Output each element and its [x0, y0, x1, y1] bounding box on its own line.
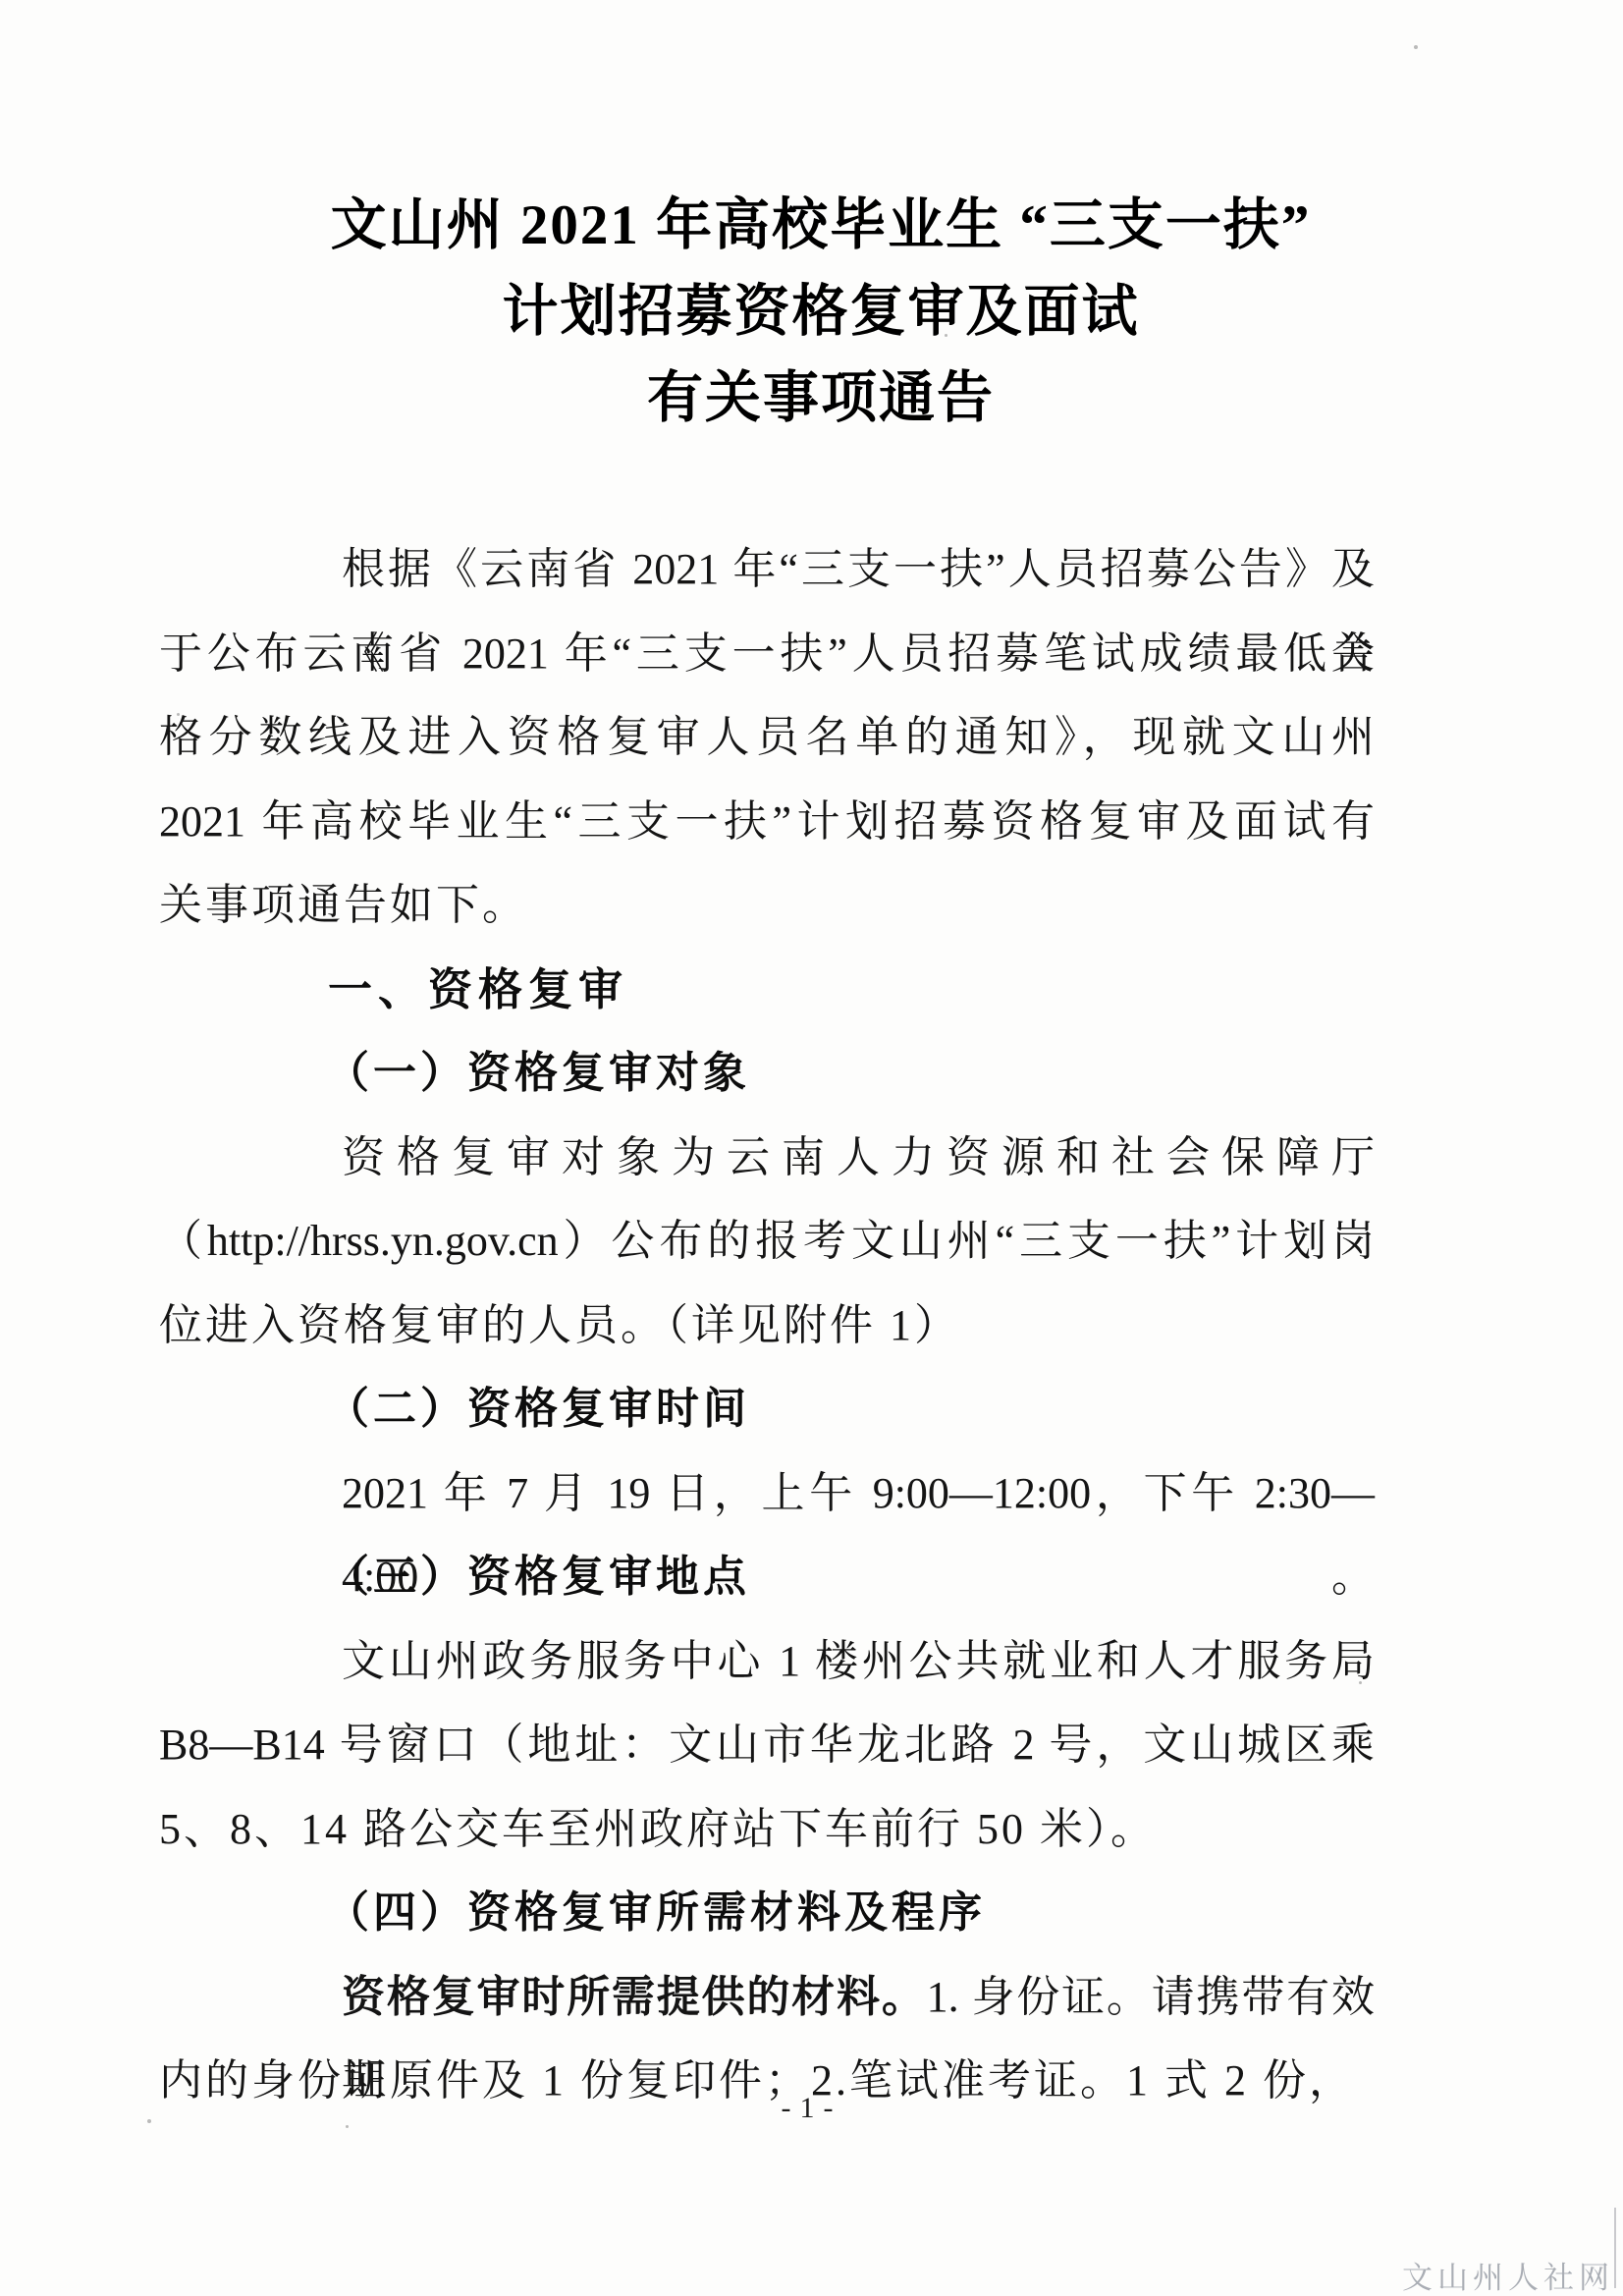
- document-body: 根据《云南省 2021 年“三支一扶”人员招募公告》及《关于公布云南省 2021…: [159, 527, 1375, 2123]
- subsection-heading: （四）资格复审所需材料及程序: [159, 1871, 1375, 1955]
- document-line: 资格复审时所需提供的材料。1. 身份证。请携带有效期: [159, 1955, 1375, 2040]
- document-line: B8—B14 号窗口（地址：文山市华龙北路 2 号，文山城区乘: [159, 1703, 1375, 1787]
- subsection-heading: （二）资格复审时间: [159, 1367, 1375, 1451]
- scanned-notice-page: 文山州 2021 年高校毕业生 “三支一扶” 计划招募资格复审及面试 有关事项通…: [0, 0, 1623, 2296]
- page-number: -1-: [0, 2092, 1623, 2125]
- bold-text-run: 资格复审时所需提供的材料。: [342, 1973, 927, 2021]
- document-line: （http://hrss.yn.gov.cn）公布的报考文山州“三支一扶”计划岗: [159, 1199, 1375, 1284]
- scan-speck: [346, 2125, 349, 2128]
- subsection-heading: （一）资格复审对象: [159, 1031, 1375, 1116]
- document-title-line: 有关事项通告: [213, 355, 1429, 442]
- scan-speck: [147, 2119, 151, 2123]
- scan-speck: [1414, 45, 1418, 49]
- site-watermark: 文山州人社网: [1402, 2253, 1614, 2296]
- document-title-line: 文山州 2021 年高校毕业生 “三支一扶”: [213, 183, 1429, 269]
- scan-speck: [1359, 1681, 1362, 1684]
- document-title-line: 计划招募资格复审及面试: [213, 269, 1429, 355]
- document-line: 根据《云南省 2021 年“三支一扶”人员招募公告》及《关: [159, 527, 1375, 612]
- document-line: 位进入资格复审的人员。（详见附件 1）: [159, 1284, 1375, 1368]
- scan-speck: [945, 334, 947, 337]
- section-heading: 一、资格复审: [159, 948, 1375, 1032]
- scan-speck: [177, 713, 180, 716]
- document-line: 资格复审对象为云南人力资源和社会保障厅: [159, 1116, 1375, 1200]
- document-line: 格分数线及进入资格复审人员名单的通知》，现就文山州: [159, 695, 1375, 780]
- document-line: 5、8、14 路公交车至州政府站下车前行 50 米）。: [159, 1787, 1375, 1872]
- scan-artifact-line: [1614, 2208, 1616, 2288]
- document-line: 于公布云南省 2021 年“三支一扶”人员招募笔试成绩最低合: [159, 612, 1375, 696]
- document-line: 文山州政务服务中心 1 楼州公共就业和人才服务局: [159, 1619, 1375, 1704]
- document-line: 2021 年 7 月 19 日，上午 9:00—12:00，下午 2:30—4:…: [159, 1451, 1375, 1536]
- document-title: 文山州 2021 年高校毕业生 “三支一扶” 计划招募资格复审及面试 有关事项通…: [159, 183, 1429, 442]
- document-line: 关事项通告如下。: [159, 863, 1375, 948]
- document-line: 2021 年高校毕业生“三支一扶”计划招募资格复审及面试有: [159, 780, 1375, 864]
